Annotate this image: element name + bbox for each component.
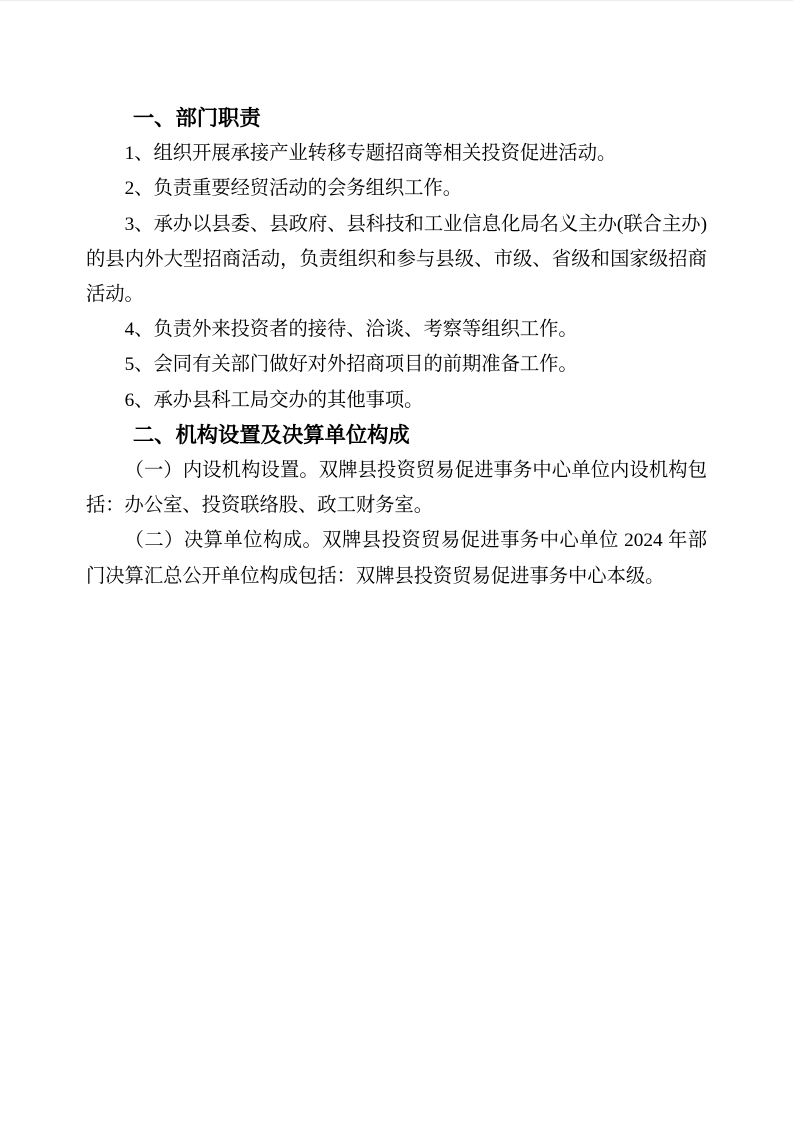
paragraph-duty-3: 3、承办以县委、县政府、县科技和工业信息化局名义主办(联合主办)的县内外大型招商… bbox=[86, 207, 707, 313]
paragraph-duty-4: 4、负责外来投资者的接待、洽谈、考察等组织工作。 bbox=[86, 312, 707, 347]
paragraph-unit-composition: （二）决算单位构成。双牌县投资贸易促进事务中心单位 2024 年部门决算汇总公开… bbox=[86, 523, 707, 593]
document-page: 一、部门职责 1、组织开展承接产业转移专题招商等相关投资促进活动。 2、负责重要… bbox=[0, 0, 793, 1122]
paragraph-internal-structure: （一）内设机构设置。双牌县投资贸易促进事务中心单位内设机构包括：办公室、投资联络… bbox=[86, 453, 707, 523]
paragraph-duty-5: 5、会同有关部门做好对外招商项目的前期准备工作。 bbox=[86, 347, 707, 382]
section-heading-org-structure: 二、机构设置及决算单位构成 bbox=[86, 418, 707, 453]
paragraph-duty-1: 1、组织开展承接产业转移专题招商等相关投资促进活动。 bbox=[86, 136, 707, 171]
paragraph-duty-6: 6、承办县科工局交办的其他事项。 bbox=[86, 383, 707, 418]
paragraph-duty-2: 2、负责重要经贸活动的会务组织工作。 bbox=[86, 171, 707, 206]
section-heading-duties: 一、部门职责 bbox=[86, 101, 707, 136]
